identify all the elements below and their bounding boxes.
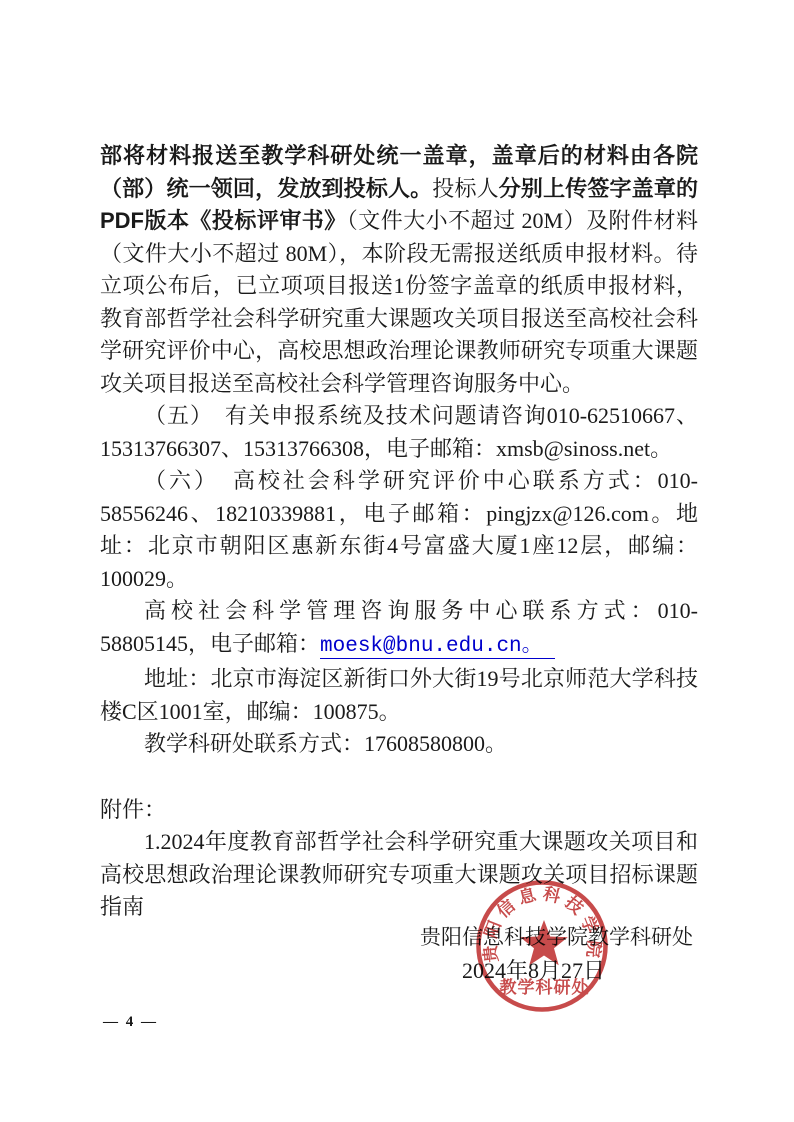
para-item-five-tech-support: （五） 有关申报系统及技术问题请咨询010-62510667、153137663… — [100, 400, 698, 465]
text-run-regular: 附件： — [100, 797, 166, 822]
text-run-regular: 地址：北京市海淀区新街口外大街19号北京师范大学科技楼C区1001室，邮编：10… — [100, 666, 698, 724]
page-number: — 4 — — [103, 1014, 158, 1031]
text-run-regular: （六） 高校社会科学研究评价中心联系方式：010-58556246、182103… — [100, 468, 698, 591]
text-run-regular: 投标人 — [432, 176, 498, 201]
document-body: 部将材料报送至教学科研处统一盖章，盖章后的材料由各院（部）统一领回，发放到投标人… — [100, 140, 698, 924]
text-run-regular: 教学科研处联系方式：17608580800。 — [144, 731, 507, 756]
para-attachment-heading: 附件： — [100, 794, 698, 827]
seal-bottom-text: 教学科研处 — [500, 977, 590, 997]
para-office-contact: 教学科研处联系方式：17608580800。 — [100, 728, 698, 761]
text-run-regular: （文件大小不超过 20M）及附件材料（文件大小不超过 80M），本阶段无需报送纸… — [100, 208, 698, 396]
email-link[interactable]: moesk@bnu.edu.cn。 — [320, 635, 555, 659]
para-seal-and-submission: 部将材料报送至教学科研处统一盖章，盖章后的材料由各院（部）统一领回，发放到投标人… — [100, 140, 698, 400]
seal-star-icon — [520, 920, 568, 965]
document-page: 部将材料报送至教学科研处统一盖章，盖章后的材料由各院（部）统一领回，发放到投标人… — [0, 0, 794, 1122]
para-management-center-contact: 高校社会科学管理咨询服务中心联系方式：010-58805145，电子邮箱：moe… — [100, 595, 698, 663]
para-management-center-address: 地址：北京市海淀区新街口外大街19号北京师范大学科技楼C区1001室，邮编：10… — [100, 663, 698, 728]
official-seal: 贵阳信息科技学院 教学科研处 — [472, 876, 612, 1016]
text-run-regular: （五） 有关申报系统及技术问题请咨询010-62510667、153137663… — [100, 403, 698, 461]
para-item-six-evaluation-center: （六） 高校社会科学研究评价中心联系方式：010-58556246、182103… — [100, 465, 698, 595]
